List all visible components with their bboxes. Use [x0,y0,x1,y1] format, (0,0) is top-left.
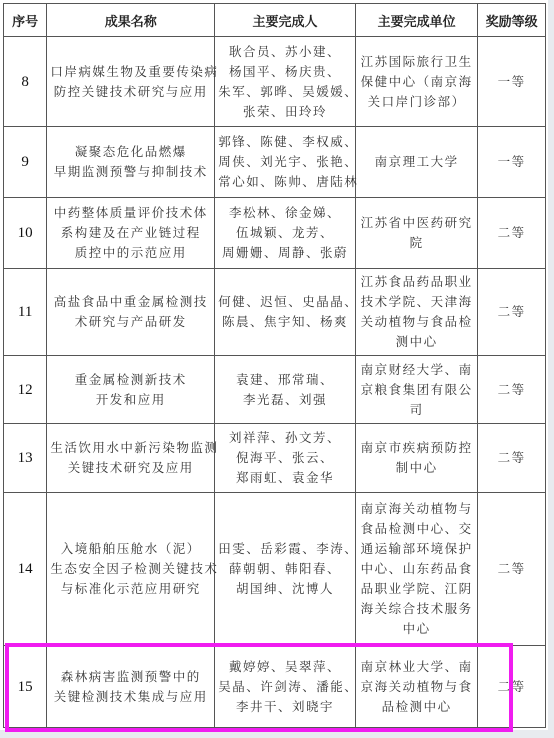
cell-main-people: 李松林、徐金娣、伍城颖、龙芳、周姗姗、周静、张蔚 [215,198,356,269]
cell-main-people-line: 朱军、郭晔、吴媛媛、 [218,82,352,102]
cell-achievement-name-line: 质控中的示范应用 [50,243,211,263]
cell-main-people-line: 周姗姗、周静、张蔚 [218,243,352,263]
cell-award-level: 一等 [478,127,546,198]
cell-no: 12 [4,356,47,424]
table-row: 8口岸病媒生物及重要传染病防控关键技术研究与应用耿合员、苏小建、杨国平、杨庆贵、… [4,37,546,127]
cell-main-units: 南京财经大学、南京粮食集团有限公司 [355,356,478,424]
cell-award-level: 二等 [478,356,546,424]
cell-achievement-name-line: 术研究与产品研发 [50,312,211,332]
cell-achievement-name: 生活饮用水中新污染物监测关键技术研究及应用 [47,424,215,493]
cell-main-units: 南京海关动植物与食品检测中心、交通运输部环境保护中心、山东药品食品职业学院、江阴… [355,493,478,646]
table-row: 12重金属检测新技术开发和应用袁建、邢常瑞、李光磊、刘强南京财经大学、南京粮食集… [4,356,546,424]
cell-main-people-line: 伍城颖、龙芳、 [218,223,352,243]
cell-achievement-name: 入境船舶压舱水（泥）生态安全因子检测关键技术与标准化示范应用研究 [47,493,215,646]
cell-main-people: 郭锋、陈健、李权威、周侠、刘光宇、张艳、常心如、陈帅、唐陆林 [215,127,356,198]
table-header-row: 序号 成果名称 主要完成人 主要完成单位 奖励等级 [4,4,546,37]
cell-main-people-line: 李井干、刘晓宇 [218,697,352,717]
cell-main-units-line: 中心、山东药品食 [359,559,475,579]
cell-main-units-line: 司 [359,400,475,420]
cell-main-people-line: 郑雨虹、袁金华 [218,468,352,488]
cell-main-people-line: 胡国绅、沈博人 [218,579,352,599]
cell-achievement-name-line: 中药整体质量评价技术体 [50,203,211,223]
cell-main-people-line: 李光磊、刘强 [218,390,352,410]
cell-main-people: 何健、迟恒、史晶晶、陈晨、焦宇知、杨爽 [215,269,356,356]
cell-main-people-line: 吴晶、许剑涛、潘能、 [218,677,352,697]
table-row: 15森林病害监测预警中的关键检测技术集成与应用戴婷婷、吴翠萍、吴晶、许剑涛、潘能… [4,646,546,728]
cell-achievement-name: 森林病害监测预警中的关键检测技术集成与应用 [47,646,215,728]
cell-award-level: 二等 [478,493,546,646]
awards-table: 序号 成果名称 主要完成人 主要完成单位 奖励等级 8口岸病媒生物及重要传染病防… [3,3,546,728]
cell-achievement-name: 凝聚态危化品燃爆早期监测预警与抑制技术 [47,127,215,198]
table-row: 9凝聚态危化品燃爆早期监测预警与抑制技术郭锋、陈健、李权威、周侠、刘光宇、张艳、… [4,127,546,198]
cell-achievement-name: 口岸病媒生物及重要传染病防控关键技术研究与应用 [47,37,215,127]
cell-award-level: 一等 [478,37,546,127]
cell-main-units-line: 品职业学院、江阴 [359,579,475,599]
cell-main-people-line: 郭锋、陈健、李权威、 [218,132,352,152]
cell-main-units-line: 中心 [359,619,475,639]
cell-main-people-line: 李松林、徐金娣、 [218,203,352,223]
cell-achievement-name-line: 口岸病媒生物及重要传染病 [50,62,211,82]
cell-main-people-line: 常心如、陈帅、唐陆林 [218,172,352,192]
cell-main-people: 耿合员、苏小建、杨国平、杨庆贵、朱军、郭晔、吴媛媛、张荣、田玲玲 [215,37,356,127]
cell-main-people-line: 张荣、田玲玲 [218,102,352,122]
table-row: 10中药整体质量评价技术体系构建及在产业链过程质控中的示范应用李松林、徐金娣、伍… [4,198,546,269]
cell-achievement-name-line: 重金属检测新技术 [50,370,211,390]
cell-no: 11 [4,269,47,356]
cell-main-people-line: 何健、迟恒、史晶晶、 [218,292,352,312]
cell-main-units-line: 通运输部环境保护 [359,539,475,559]
cell-main-units-line: 食品检测中心、交 [359,519,475,539]
cell-no: 9 [4,127,47,198]
cell-main-units: 南京理工大学 [355,127,478,198]
cell-main-units-line: 江苏国际旅行卫生 [359,52,475,72]
cell-main-units: 南京市疾病预防控制中心 [355,424,478,493]
cell-award-level: 二等 [478,424,546,493]
cell-main-people: 刘祥萍、孙文芳、倪海平、张云、郑雨虹、袁金华 [215,424,356,493]
cell-main-people-line: 戴婷婷、吴翠萍、 [218,657,352,677]
cell-main-units: 江苏国际旅行卫生保健中心（南京海关口岸门诊部） [355,37,478,127]
cell-main-units-line: 南京林业大学、南 [359,657,475,677]
cell-main-units-line: 南京理工大学 [359,152,475,172]
cell-achievement-name-line: 开发和应用 [50,390,211,410]
table-row: 11高盐食品中重金属检测技术研究与产品研发何健、迟恒、史晶晶、陈晨、焦宇知、杨爽… [4,269,546,356]
table-body: 8口岸病媒生物及重要传染病防控关键技术研究与应用耿合员、苏小建、杨国平、杨庆贵、… [4,37,546,728]
cell-main-people-line: 耿合员、苏小建、 [218,42,352,62]
cell-main-units: 江苏食品药品职业技术学院、天津海关动植物与食品检测中心 [355,269,478,356]
cell-main-units-line: 品检测中心 [359,697,475,717]
cell-main-units-line: 海关综合技术服务 [359,599,475,619]
table-row: 13生活饮用水中新污染物监测关键技术研究及应用刘祥萍、孙文芳、倪海平、张云、郑雨… [4,424,546,493]
cell-main-units: 江苏省中医药研究院 [355,198,478,269]
cell-main-units-line: 南京市疾病预防控 [359,438,475,458]
cell-achievement-name-line: 生活饮用水中新污染物监测 [50,438,211,458]
cell-main-units: 南京林业大学、南京海关动植物与食品检测中心 [355,646,478,728]
cell-achievement-name-line: 早期监测预警与抑制技术 [50,162,211,182]
cell-main-units-line: 技术学院、天津海 [359,292,475,312]
cell-main-units-line: 制中心 [359,458,475,478]
document-page: 序号 成果名称 主要完成人 主要完成单位 奖励等级 8口岸病媒生物及重要传染病防… [0,0,548,730]
header-no: 序号 [4,4,47,37]
header-name: 成果名称 [47,4,215,37]
cell-no: 14 [4,493,47,646]
cell-main-units-line: 南京财经大学、南 [359,360,475,380]
cell-no: 13 [4,424,47,493]
cell-main-people-line: 袁建、邢常瑞、 [218,370,352,390]
cell-achievement-name-line: 高盐食品中重金属检测技 [50,292,211,312]
cell-main-people: 戴婷婷、吴翠萍、吴晶、许剑涛、潘能、李井干、刘晓宇 [215,646,356,728]
cell-main-people: 袁建、邢常瑞、李光磊、刘强 [215,356,356,424]
header-units: 主要完成单位 [355,4,478,37]
cell-main-people-line: 刘祥萍、孙文芳、 [218,428,352,448]
cell-achievement-name-line: 凝聚态危化品燃爆 [50,142,211,162]
cell-main-units-line: 江苏食品药品职业 [359,272,475,292]
cell-main-units-line: 京粮食集团有限公 [359,380,475,400]
cell-main-people: 田雯、岳彩霞、李涛、薛朝朝、韩阳春、胡国绅、沈博人 [215,493,356,646]
cell-main-units-line: 测中心 [359,332,475,352]
cell-no: 10 [4,198,47,269]
cell-main-people-line: 周侠、刘光宇、张艳、 [218,152,352,172]
cell-main-units-line: 保健中心（南京海 [359,72,475,92]
cell-achievement-name: 高盐食品中重金属检测技术研究与产品研发 [47,269,215,356]
header-people: 主要完成人 [215,4,356,37]
cell-no: 15 [4,646,47,728]
cell-achievement-name: 重金属检测新技术开发和应用 [47,356,215,424]
cell-achievement-name-line: 关键检测技术集成与应用 [50,687,211,707]
cell-achievement-name-line: 系构建及在产业链过程 [50,223,211,243]
cell-main-people-line: 陈晨、焦宇知、杨爽 [218,312,352,332]
cell-main-people-line: 田雯、岳彩霞、李涛、 [218,539,352,559]
cell-main-units-line: 江苏省中医药研究 [359,213,475,233]
cell-achievement-name: 中药整体质量评价技术体系构建及在产业链过程质控中的示范应用 [47,198,215,269]
cell-achievement-name-line: 森林病害监测预警中的 [50,667,211,687]
cell-main-people-line: 薛朝朝、韩阳春、 [218,559,352,579]
cell-award-level: 二等 [478,269,546,356]
cell-main-units-line: 京海关动植物与食 [359,677,475,697]
cell-achievement-name-line: 防控关键技术研究与应用 [50,82,211,102]
cell-award-level: 二等 [478,198,546,269]
cell-main-units-line: 关口岸门诊部） [359,92,475,112]
cell-achievement-name-line: 与标准化示范应用研究 [50,579,211,599]
cell-achievement-name-line: 入境船舶压舱水（泥） [50,539,211,559]
cell-main-people-line: 杨国平、杨庆贵、 [218,62,352,82]
cell-award-level: 二等 [478,646,546,728]
table-row: 14入境船舶压舱水（泥）生态安全因子检测关键技术与标准化示范应用研究田雯、岳彩霞… [4,493,546,646]
cell-achievement-name-line: 关键技术研究及应用 [50,458,211,478]
cell-main-units-line: 院 [359,233,475,253]
cell-no: 8 [4,37,47,127]
cell-main-units-line: 关动植物与食品检 [359,312,475,332]
cell-main-units-line: 南京海关动植物与 [359,499,475,519]
header-level: 奖励等级 [478,4,546,37]
cell-achievement-name-line: 生态安全因子检测关键技术 [50,559,211,579]
cell-main-people-line: 倪海平、张云、 [218,448,352,468]
